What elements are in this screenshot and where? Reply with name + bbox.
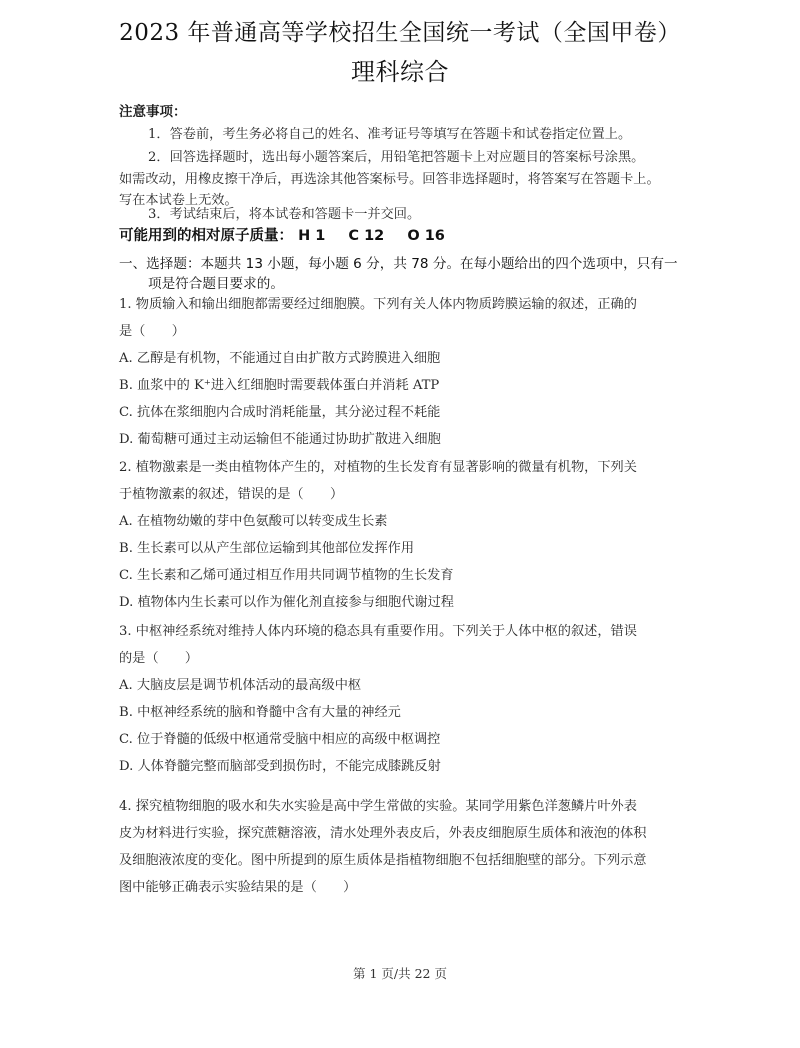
question-2-option-c: C. 生长素和乙烯可通过相互作用共同调节植物的生长发育 — [119, 564, 454, 583]
question-1-option-d: D. 葡萄糖可通过主动运输但不能通过协助扩散进入细胞 — [119, 428, 441, 447]
question-3-option-c: C. 位于脊髓的低级中枢通常受脑中相应的高级中枢调控 — [119, 728, 440, 747]
question-1-stem-cont: 是（ ） — [119, 320, 185, 339]
question-2-stem-cont: 于植物激素的叙述，错误的是（ ） — [119, 483, 343, 502]
question-2-option-d: D. 植物体内生长素可以作为催化剂直接参与细胞代谢过程 — [119, 591, 454, 610]
question-3-option-b: B. 中枢神经系统的脑和脊髓中含有大量的神经元 — [119, 701, 401, 720]
notice-item-2-cont: 如需改动，用橡皮擦干净后，再选涂其他答案标号。回答非选择题时，将答案写在答题卡上… — [119, 168, 660, 187]
question-3-stem: 3. 中枢神经系统对维持人体内环境的稳态具有重要作用。下列关于人体中枢的叙述，错… — [119, 620, 637, 639]
exam-page: 2023 年普通高等学校招生全国统一考试（全国甲卷） 理科综合 注意事项： 1．… — [0, 0, 800, 1048]
exam-title: 2023 年普通高等学校招生全国统一考试（全国甲卷） — [0, 14, 800, 47]
question-4-stem: 4. 探究植物细胞的吸水和失水实验是高中学生常做的实验。某同学用紫色洋葱鳞片叶外… — [119, 795, 637, 814]
section-heading-cont: 项是符合题目要求的。 — [148, 272, 284, 292]
question-2-stem: 2. 植物激素是一类由植物体产生的，对植物的生长发育有显著影响的微量有机物，下列… — [119, 456, 637, 475]
question-4-stem-cont-3: 图中能够正确表示实验结果的是（ ） — [119, 876, 356, 895]
notice-item-1: 1．答卷前，考生务必将自己的姓名、准考证号等填写在答题卡和试卷指定位置上。 — [148, 123, 631, 142]
question-3-stem-cont: 的是（ ） — [119, 647, 198, 666]
notice-item-2: 2．回答选择题时，选出每小题答案后，用铅笔把答题卡上对应题目的答案标号涂黑。 — [148, 146, 644, 165]
atomic-mass-c: C 12 — [348, 228, 384, 244]
question-3-option-d: D. 人体脊髓完整而脑部受到损伤时，不能完成膝跳反射 — [119, 755, 441, 774]
notice-heading: 注意事项： — [119, 100, 187, 120]
atomic-mass-o: O 16 — [407, 228, 445, 244]
atomic-mass-h: H 1 — [298, 228, 325, 244]
question-2-option-a: A. 在植物幼嫩的芽中色氨酸可以转变成生长素 — [119, 510, 387, 529]
question-2-option-b: B. 生长素可以从产生部位运输到其他部位发挥作用 — [119, 537, 414, 556]
question-1-option-a: A. 乙醇是有机物，不能通过自由扩散方式跨膜进入细胞 — [119, 347, 440, 366]
exam-subtitle: 理科综合 — [0, 52, 800, 87]
question-4-stem-cont-1: 皮为材料进行实验，探究蔗糖溶液，清水处理外表皮后，外表皮细胞原生质体和液泡的体积 — [119, 822, 647, 841]
atomic-masses: 可能用到的相对原子质量： H 1 C 12 O 16 — [119, 224, 445, 245]
notice-item-3: 3．考试结束后，将本试卷和答题卡一并交回。 — [148, 203, 420, 222]
question-3-option-a: A. 大脑皮层是调节机体活动的最高级中枢 — [119, 674, 361, 693]
page-footer: 第 1 页/共 22 页 — [0, 964, 800, 982]
question-1-option-c: C. 抗体在浆细胞内合成时消耗能量，其分泌过程不耗能 — [119, 401, 440, 420]
section-heading: 一、选择题：本题共 13 小题，每小题 6 分，共 78 分。在每小题给出的四个… — [119, 252, 678, 272]
question-1-option-b: B. 血浆中的 K⁺进入红细胞时需要载体蛋白并消耗 ATP — [119, 374, 439, 393]
atomic-masses-label: 可能用到的相对原子质量： — [119, 228, 293, 244]
question-4-stem-cont-2: 及细胞液浓度的变化。图中所提到的原生质体是指植物细胞不包括细胞壁的部分。下列示意 — [119, 849, 647, 868]
question-1-stem: 1. 物质输入和输出细胞都需要经过细胞膜。下列有关人体内物质跨膜运输的叙述，正确… — [119, 293, 637, 312]
